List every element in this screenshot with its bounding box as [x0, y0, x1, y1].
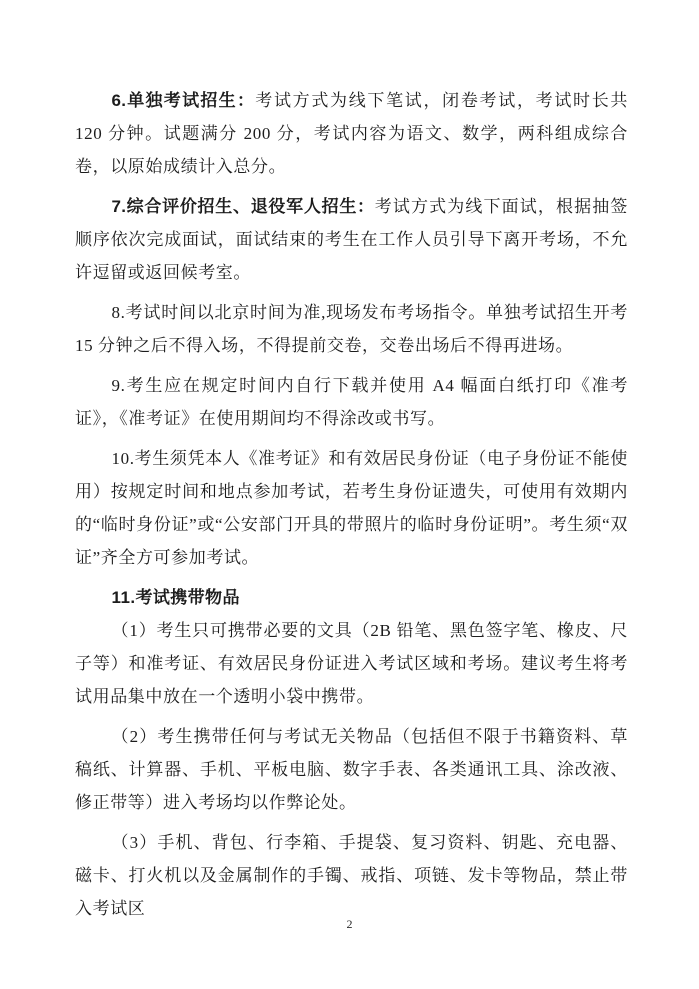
paragraph-item-11-3: （3）手机、背包、行李箱、手提袋、复习资料、钥匙、充电器、磁卡、打火机以及金属制… — [75, 826, 628, 925]
paragraph-8-text: 8.考试时间以北京时间为准,现场发布考场指令。单独考试招生开考 15 分钟之后不… — [75, 303, 628, 355]
page-content: 6.单独考试招生：考试方式为线下笔试，闭卷考试，考试时长共 120 分钟。试题满… — [75, 84, 628, 925]
paragraph-item-8: 8.考试时间以北京时间为准,现场发布考场指令。单独考试招生开考 15 分钟之后不… — [75, 296, 628, 362]
section-heading-11: 11.考试携带物品 — [75, 581, 628, 614]
paragraph-11-2-text: （2）考生携带任何与考试无关物品（包括但不限于书籍资料、草稿纸、计算器、手机、平… — [75, 727, 628, 812]
paragraph-item-6: 6.单独考试招生：考试方式为线下笔试，闭卷考试，考试时长共 120 分钟。试题满… — [75, 84, 628, 183]
paragraph-11-3-text: （3）手机、背包、行李箱、手提袋、复习资料、钥匙、充电器、磁卡、打火机以及金属制… — [75, 833, 628, 918]
paragraph-11-1-text: （1）考生只可携带必要的文具（2B 铅笔、黑色签字笔、橡皮、尺子等）和准考证、有… — [75, 621, 628, 706]
paragraph-item-10: 10.考生须凭本人《准考证》和有效居民身份证（电子身份证不能使用）按规定时间和地… — [75, 442, 628, 574]
document-page: 6.单独考试招生：考试方式为线下笔试，闭卷考试，考试时长共 120 分钟。试题满… — [0, 0, 699, 989]
paragraph-item-9: 9.考生应在规定时间内自行下载并使用 A4 幅面白纸打印《准考证》，《准考证》在… — [75, 369, 628, 435]
paragraph-9-text: 9.考生应在规定时间内自行下载并使用 A4 幅面白纸打印《准考证》，《准考证》在… — [75, 376, 628, 428]
paragraph-item-7: 7.综合评价招生、退役军人招生：考试方式为线下面试，根据抽签顺序依次完成面试，面… — [75, 190, 628, 289]
paragraph-item-11-2: （2）考生携带任何与考试无关物品（包括但不限于书籍资料、草稿纸、计算器、手机、平… — [75, 720, 628, 819]
paragraph-7-lead: 7.综合评价招生、退役军人招生： — [112, 197, 375, 216]
page-number: 2 — [0, 917, 699, 932]
paragraph-10-text: 10.考生须凭本人《准考证》和有效居民身份证（电子身份证不能使用）按规定时间和地… — [75, 449, 628, 567]
paragraph-6-lead: 6.单独考试招生： — [112, 91, 256, 110]
paragraph-item-11-1: （1）考生只可携带必要的文具（2B 铅笔、黑色签字笔、橡皮、尺子等）和准考证、有… — [75, 614, 628, 713]
